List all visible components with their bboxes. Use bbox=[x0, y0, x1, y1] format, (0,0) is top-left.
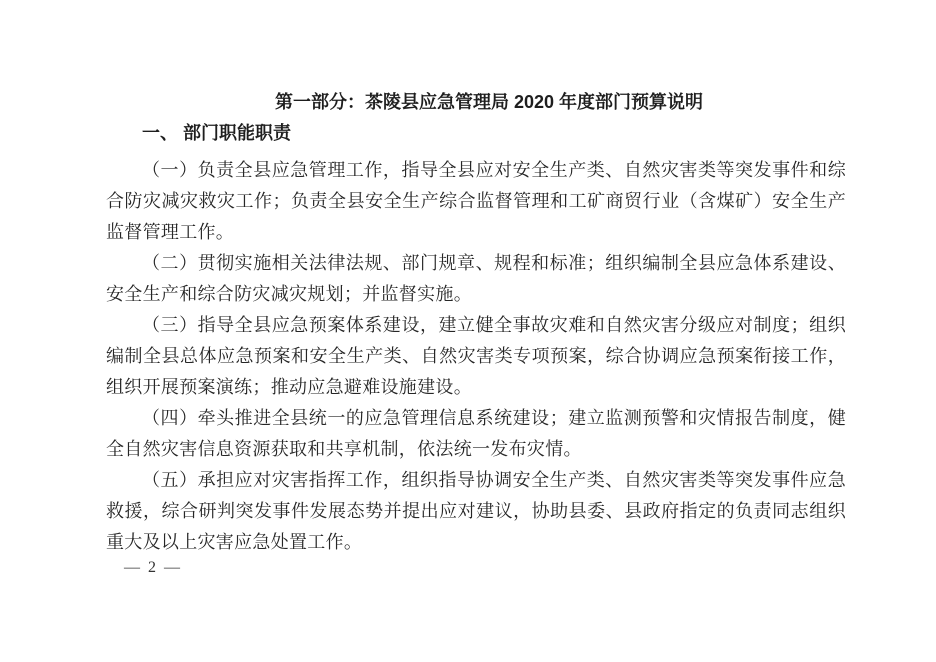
paragraph-5: （五）承担应对灾害指挥工作，组织指导协调安全生产类、自然灾害类等突发事件应急救援… bbox=[106, 465, 846, 558]
paragraph-3: （三）指导全县应急预案体系建设，建立健全事故灾难和自然灾害分级应对制度；组织编制… bbox=[106, 310, 846, 403]
document-content: 第一部分：茶陵县应急管理局 2020 年度部门预算说明 一、 部门职能职责 （一… bbox=[106, 89, 846, 558]
section-heading: 一、 部门职能职责 bbox=[106, 120, 846, 147]
page-number: — 2 — bbox=[124, 558, 182, 578]
document-title: 第一部分：茶陵县应急管理局 2020 年度部门预算说明 bbox=[106, 89, 846, 115]
paragraph-1: （一）负责全县应急管理工作，指导全县应对安全生产类、自然灾害类等突发事件和综合防… bbox=[106, 155, 846, 248]
paragraph-4: （四）牵头推进全县统一的应急管理信息系统建设；建立监测预警和灾情报告制度，健全自… bbox=[106, 403, 846, 465]
document-page: 第一部分：茶陵县应急管理局 2020 年度部门预算说明 一、 部门职能职责 （一… bbox=[0, 0, 936, 662]
paragraph-2: （二）贯彻实施相关法律法规、部门规章、规程和标准；组织编制全县应急体系建设、安全… bbox=[106, 248, 846, 310]
